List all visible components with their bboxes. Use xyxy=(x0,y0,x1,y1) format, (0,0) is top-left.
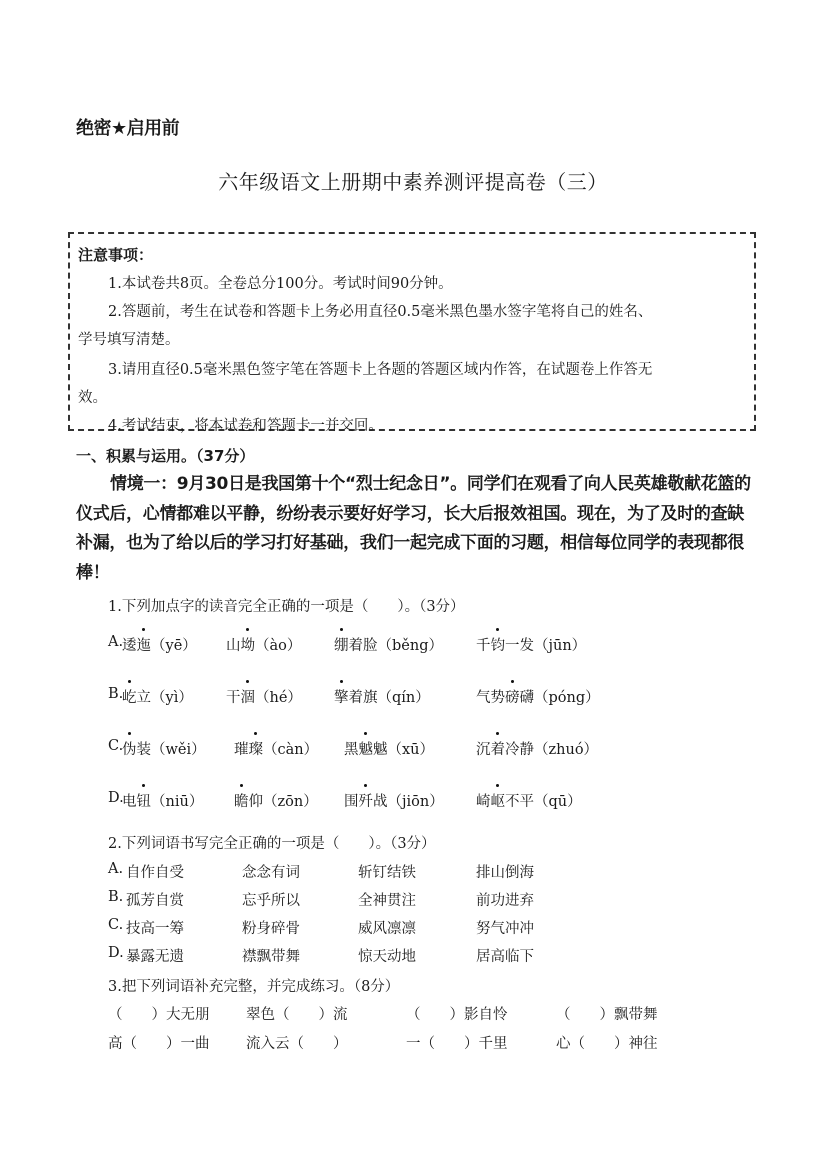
notice-heading: 注意事项： xyxy=(78,244,153,265)
option-label: A. xyxy=(108,861,123,877)
confidential-label: 绝密★启用前 xyxy=(76,114,179,140)
exam-title: 六年级语文上册期中素养测评提高卷（三） xyxy=(0,166,826,195)
q2-word: 襟飘带舞 xyxy=(242,945,300,966)
option-label: C. xyxy=(108,738,123,754)
emphasis-dot-char: 钮 xyxy=(137,790,152,811)
q1-c-item-4: 沉着冷静（zhuó） xyxy=(476,738,598,759)
option-label: A. xyxy=(108,634,123,650)
notice-item-4: 4.考试结束，将本试卷和答题卡一并交回。 xyxy=(108,414,383,435)
question-2-stem: 2.下列词语书写完全正确的一项是（ ）。（3分） xyxy=(108,832,436,853)
q2-word: 忘乎所以 xyxy=(242,889,300,910)
q2-word: 前功进弃 xyxy=(476,889,534,910)
notice-item-3: 3.请用直径0.5毫米黑色签字笔在答题卡上各题的答题区域内作答，在试题卷上作答无 xyxy=(108,358,652,379)
emphasis-dot-char: 磅 xyxy=(505,686,520,707)
fill-blank-phrase[interactable]: 一（ ）千里 xyxy=(406,1032,508,1053)
q1-a-item-1: 逶迤（yē） xyxy=(122,634,197,655)
fill-blank-phrase[interactable]: （ ）飘带舞 xyxy=(556,1003,658,1024)
emphasis-dot-char: 迤 xyxy=(137,634,152,655)
q2-word: 粉身碎骨 xyxy=(242,917,300,938)
emphasis-dot-char: 擎 xyxy=(334,686,349,707)
emphasis-dot-char: 瞻 xyxy=(234,790,249,811)
q1-d-item-3: 围歼战（jiōn） xyxy=(344,790,444,811)
question-1-stem: 1.下列加点字的读音完全正确的一项是（ ）。（3分） xyxy=(108,595,465,616)
emphasis-dot-char: 坳 xyxy=(241,634,256,655)
q1-a-item-3: 绷着脸（běng） xyxy=(334,634,443,655)
option-label: B. xyxy=(108,889,123,905)
section-heading: 一、积累与运用。（37分） xyxy=(76,445,254,466)
fill-blank-phrase[interactable]: 翠色（ ）流 xyxy=(246,1003,348,1024)
q2-word: 念念有词 xyxy=(242,861,300,882)
q2-word: 威风凛凛 xyxy=(358,917,416,938)
emphasis-dot-char: 屹 xyxy=(122,686,137,707)
q1-d-item-4: 崎岖不平（qū） xyxy=(476,790,582,811)
emphasis-dot-char: 歼 xyxy=(359,790,374,811)
q2-word: 技高一筹 xyxy=(126,917,184,938)
q1-b-item-4: 气势磅礴（póng） xyxy=(476,686,600,707)
q1-c-item-3: 黑魆魆（xū） xyxy=(344,738,434,759)
emphasis-dot-char: 涸 xyxy=(241,686,256,707)
notice-box: 注意事项： 1.本试卷共8页。全卷总分100分。考试时间90分钟。 2.答题前，… xyxy=(68,232,756,431)
fill-blank-phrase[interactable]: （ ）影自怜 xyxy=(406,1003,508,1024)
q2-word: 居高临下 xyxy=(476,945,534,966)
option-label: C. xyxy=(108,917,123,933)
fill-blank-phrase[interactable]: 心（ ）神往 xyxy=(556,1032,658,1053)
q2-word: 全神贯注 xyxy=(358,889,416,910)
q2-word: 努气冲冲 xyxy=(476,917,534,938)
fill-blank-phrase[interactable]: （ ）大无朋 xyxy=(108,1003,210,1024)
q1-b-item-3: 擎着旗（qín） xyxy=(334,686,430,707)
q2-word: 惊天动地 xyxy=(358,945,416,966)
q2-word: 自作自受 xyxy=(126,861,184,882)
notice-item-1: 1.本试卷共8页。全卷总分100分。考试时间90分钟。 xyxy=(108,272,453,293)
emphasis-dot-char: 伪 xyxy=(122,738,137,759)
notice-item-3-cont: 效。 xyxy=(78,386,107,407)
q1-b-item-2: 干涸（hé） xyxy=(226,686,302,707)
option-label: D. xyxy=(108,945,124,961)
emphasis-dot-char: 魆 xyxy=(359,738,374,759)
emphasis-dot-char: 岖 xyxy=(491,790,506,811)
q1-a-item-2: 山坳（ào） xyxy=(226,634,301,655)
emphasis-dot-char: 着 xyxy=(491,738,506,759)
scenario-paragraph: 情境一：9月30日是我国第十个“烈士纪念日”。同学们在观看了向人民英雄敬献花篮的… xyxy=(76,470,752,588)
q2-word: 孤芳自赏 xyxy=(126,889,184,910)
notice-item-2-cont: 学号填写清楚。 xyxy=(78,328,180,349)
question-3-stem: 3.把下列词语补充完整，并完成练习。（8分） xyxy=(108,975,399,996)
q1-c-item-1: 伪装（wěi） xyxy=(122,738,206,759)
emphasis-dot-char: 绷 xyxy=(334,634,349,655)
emphasis-dot-char: 璨 xyxy=(249,738,264,759)
q2-word: 排山倒海 xyxy=(476,861,534,882)
emphasis-dot-char: 钧 xyxy=(491,634,506,655)
q1-a-item-4: 千钧一发（jūn） xyxy=(476,634,586,655)
q1-b-item-1: 屹立（yì） xyxy=(122,686,193,707)
q2-word: 斩钉结铁 xyxy=(358,861,416,882)
q1-d-item-2: 瞻仰（zōn） xyxy=(234,790,318,811)
fill-blank-phrase[interactable]: 高（ ）一曲 xyxy=(108,1032,210,1053)
notice-item-2: 2.答题前，考生在试卷和答题卡上务必用直径0.5毫米黑色墨水签字笔将自己的姓名、 xyxy=(108,300,652,321)
q2-word: 暴露无遗 xyxy=(126,945,184,966)
q1-c-item-2: 璀璨（càn） xyxy=(234,738,318,759)
option-label: B. xyxy=(108,686,123,702)
fill-blank-phrase[interactable]: 流入云（ ） xyxy=(246,1032,348,1053)
q1-d-item-1: 电钮（niū） xyxy=(122,790,203,811)
